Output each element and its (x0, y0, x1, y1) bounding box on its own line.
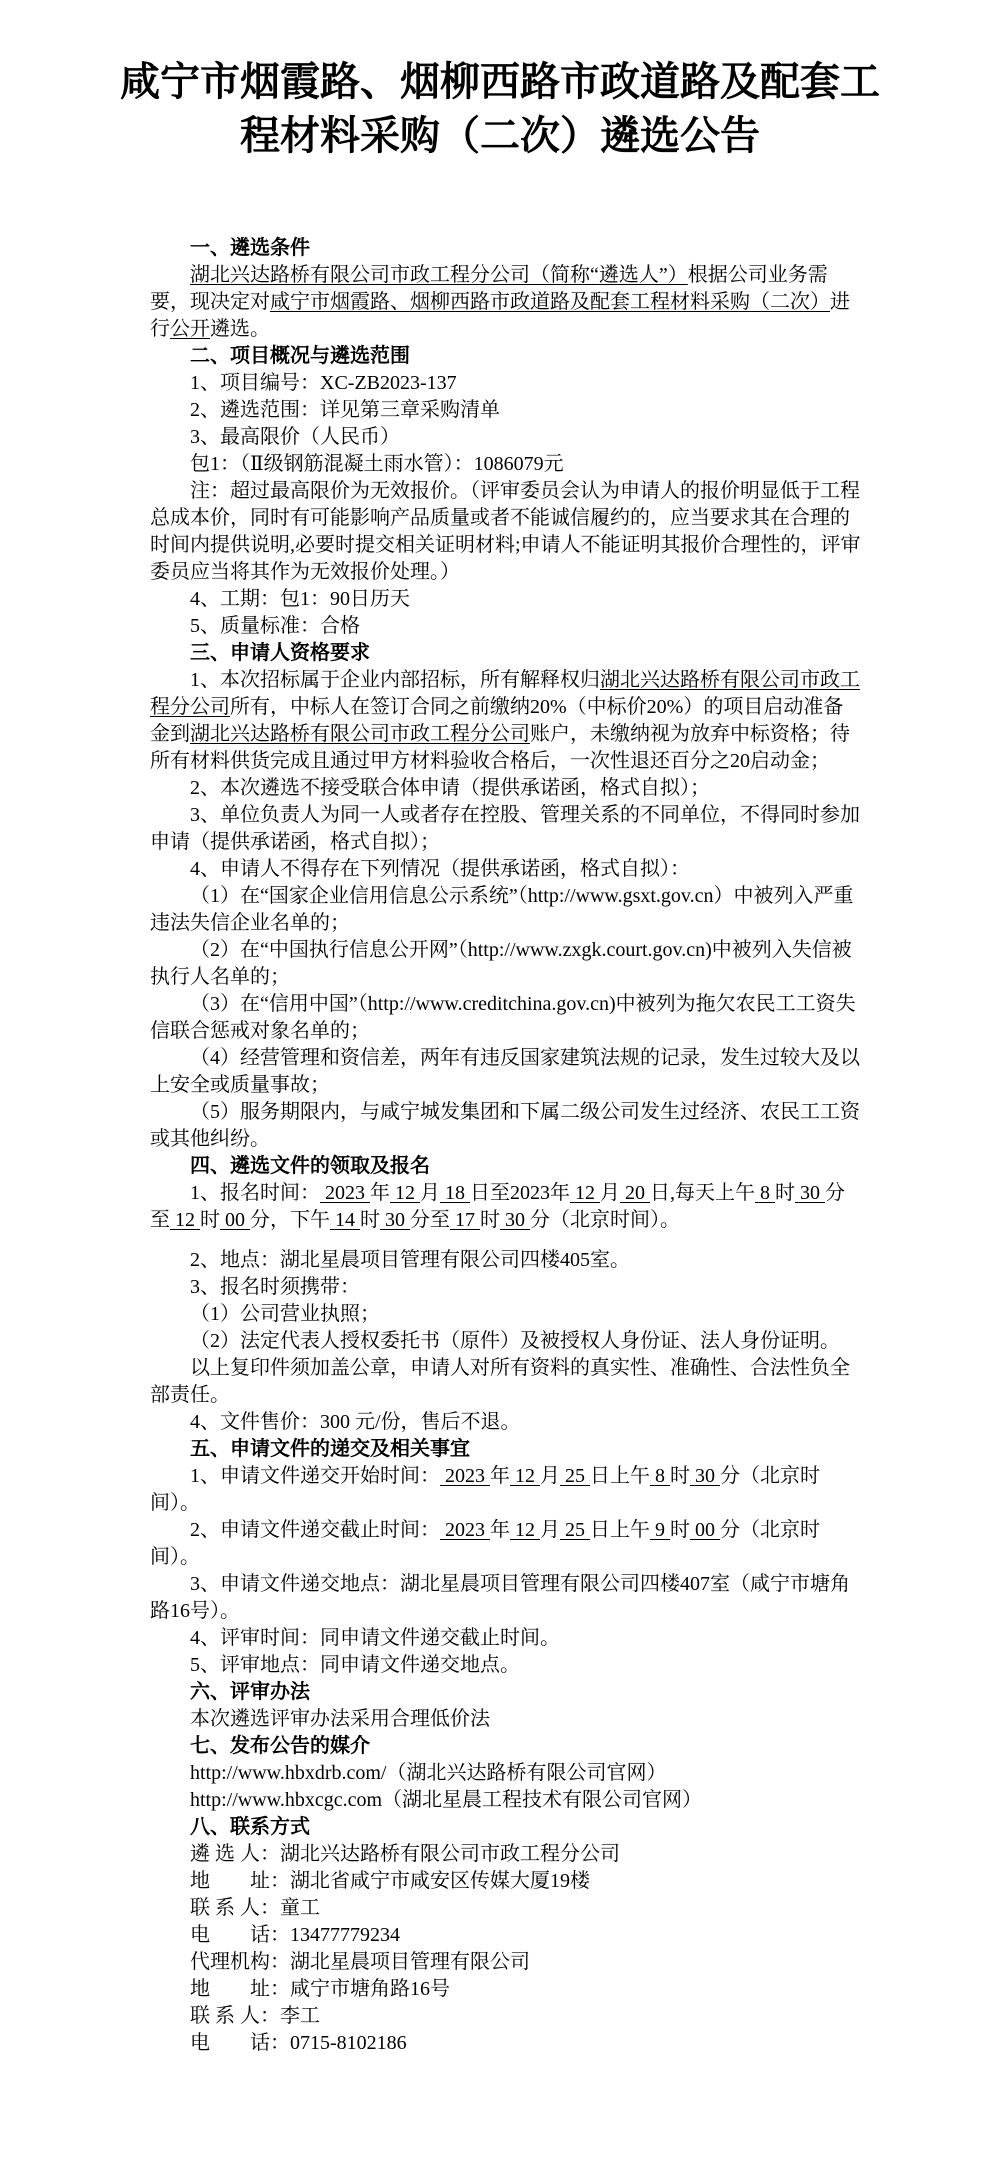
text-segment: （1）公司营业执照； (190, 1303, 380, 1325)
text-segment: 遴 选 人：湖北兴达路桥有限公司市政工程分公司 (190, 1843, 620, 1865)
underlined-text: 2023 (440, 1519, 490, 1541)
section-heading: 六、评审办法 (150, 1679, 862, 1706)
text-segment: 联 系 人：童工 (190, 1897, 320, 1919)
paragraph: 地 址：湖北省咸宁市咸安区传媒大厦19楼 (150, 1868, 862, 1895)
text-segment: 年 (370, 1182, 390, 1204)
text-segment: 5、质量标准：合格 (190, 615, 360, 637)
underlined-text: 9 (650, 1519, 670, 1541)
underlined-text: 30 (795, 1182, 825, 1204)
underlined-text: 30 (690, 1465, 720, 1487)
section-heading: 八、联系方式 (150, 1814, 862, 1841)
text-segment: 日上午 (590, 1519, 650, 1541)
paragraph: 4、申请人不得存在下列情况（提供承诺函，格式自拟）： (150, 856, 862, 883)
text-segment: 1、申请文件递交开始时间： (190, 1465, 440, 1487)
text-segment: 月 (600, 1182, 620, 1204)
underlined-text: 20 (620, 1182, 650, 1204)
underlined-text: 00 (690, 1519, 720, 1541)
text-segment: 4、工期：包1：90日历天 (190, 588, 410, 610)
underlined-text: 2023 (440, 1465, 490, 1487)
paragraph: 2、地点：湖北星晨项目管理有限公司四楼405室。 (150, 1247, 862, 1274)
text-segment: 时 (200, 1209, 220, 1231)
underlined-text: 12 (170, 1209, 200, 1231)
text-segment: 年 (490, 1519, 510, 1541)
text-segment: 4、文件售价：300 元/份，售后不退。 (190, 1411, 521, 1433)
paragraph: 1、项目编号：XC-ZB2023-137 (150, 370, 862, 397)
text-segment: 联 系 人：李工 (190, 2005, 320, 2027)
document-title: 咸宁市烟霞路、烟柳西路市政道路及配套工程材料采购（二次）遴选公告 (104, 55, 896, 163)
text-segment: http://www.hbxcgc.com（湖北星晨工程技术有限公司官网） (190, 1789, 702, 1811)
underlined-text: 12 (390, 1182, 420, 1204)
paragraph: （1）在“国家企业信用信息公示系统”（http://www.gsxt.gov.c… (150, 883, 862, 937)
underlined-text: 17 (450, 1209, 480, 1231)
paragraph: 2、本次遴选不接受联合体申请（提供承诺函，格式自拟）； (150, 775, 862, 802)
text-segment: 月 (540, 1519, 560, 1541)
text-segment: 遴选。 (210, 318, 270, 340)
text-segment: （2）法定代表人授权委托书（原件）及被授权人身份证、法人身份证明。 (190, 1330, 840, 1352)
text-segment: 日,每天上午 (650, 1182, 755, 1204)
text-segment: （1）在“国家企业信用信息公示系统”（http://www.gsxt.gov.c… (150, 885, 854, 934)
text-segment: 代理机构：湖北星晨项目管理有限公司 (190, 1951, 530, 1973)
section-heading: 三、申请人资格要求 (150, 640, 862, 667)
document-body: 一、遴选条件湖北兴达路桥有限公司市政工程分公司（简称“遴选人”）根据公司业务需要… (150, 235, 862, 2057)
paragraph: 4、工期：包1：90日历天 (150, 586, 862, 613)
paragraph: 5、评审地点：同申请文件递交地点。 (150, 1652, 862, 1679)
text-segment: 时 (360, 1209, 380, 1231)
text-segment: 4、申请人不得存在下列情况（提供承诺函，格式自拟）： (190, 858, 690, 880)
paragraph: 3、单位负责人为同一人或者存在控股、管理关系的不同单位，不得同时参加申请（提供承… (150, 802, 862, 856)
document-page: 咸宁市烟霞路、烟柳西路市政道路及配套工程材料采购（二次）遴选公告 一、遴选条件湖… (0, 0, 1000, 2178)
paragraph: 5、质量标准：合格 (150, 613, 862, 640)
underlined-text: 14 (330, 1209, 360, 1231)
paragraph: 注：超过最高限价为无效报价。（评审委员会认为申请人的报价明显低于工程总成本价，同… (150, 478, 862, 586)
text-segment: 5、评审地点：同申请文件递交地点。 (190, 1654, 520, 1676)
paragraph: 4、评审时间：同申请文件递交截止时间。 (150, 1625, 862, 1652)
paragraph: 本次遴选评审办法采用合理低价法 (150, 1706, 862, 1733)
paragraph: （3）在“信用中国”（http://www.creditchina.gov.cn… (150, 991, 862, 1045)
text-segment: 时 (670, 1465, 690, 1487)
text-segment: 日至2023年 (470, 1182, 570, 1204)
text-segment: （2）在“中国执行信息公开网”（http://www.zxgk.court.go… (150, 939, 852, 988)
text-segment: 电 话：0715-8102186 (190, 2032, 407, 2054)
text-segment: 月 (420, 1182, 440, 1204)
underlined-text: 8 (650, 1465, 670, 1487)
paragraph: 2、遴选范围：详见第三章采购清单 (150, 397, 862, 424)
section-heading: 二、项目概况与遴选范围 (150, 343, 862, 370)
paragraph: 1、申请文件递交开始时间： 2023 年 12 月 25 日上午 8 时 30 … (150, 1463, 862, 1517)
text-segment: 包1：（Ⅱ级钢筋混凝土雨水管）：1086079元 (190, 453, 564, 475)
text-segment: 2、申请文件递交截止时间： (190, 1519, 440, 1541)
text-segment: 地 址：咸宁市塘角路16号 (190, 1978, 450, 2000)
text-segment: 时 (775, 1182, 795, 1204)
underlined-text: 公开 (170, 318, 210, 340)
text-segment: 1、项目编号：XC-ZB2023-137 (190, 372, 457, 394)
underlined-text: 12 (510, 1519, 540, 1541)
text-segment: 2、遴选范围：详见第三章采购清单 (190, 399, 500, 421)
paragraph: （2）在“中国执行信息公开网”（http://www.zxgk.court.go… (150, 937, 862, 991)
paragraph: 1、报名时间： 2023 年 12 月 18 日至2023年 12 月 20 日… (150, 1180, 862, 1234)
text-segment: 注：超过最高限价为无效报价。（评审委员会认为申请人的报价明显低于工程总成本价，同… (150, 480, 861, 583)
text-segment: 分至 (410, 1209, 450, 1231)
paragraph: http://www.hbxdrb.com/（湖北兴达路桥有限公司官网） (150, 1760, 862, 1787)
paragraph: 联 系 人：童工 (150, 1895, 862, 1922)
paragraph: 以上复印件须加盖公章，申请人对所有资料的真实性、准确性、合法性负全部责任。 (150, 1355, 862, 1409)
text-segment: http://www.hbxdrb.com/（湖北兴达路桥有限公司官网） (190, 1762, 666, 1784)
text-segment: 1、报名时间： (190, 1182, 320, 1204)
paragraph: 地 址：咸宁市塘角路16号 (150, 1976, 862, 2003)
text-segment: 4、评审时间：同申请文件递交截止时间。 (190, 1627, 560, 1649)
text-segment: 年 (490, 1465, 510, 1487)
paragraph: 包1：（Ⅱ级钢筋混凝土雨水管）：1086079元 (150, 451, 862, 478)
text-segment: 电 话：13477779234 (190, 1924, 400, 1946)
text-segment: 2、本次遴选不接受联合体申请（提供承诺函，格式自拟）； (190, 777, 710, 799)
text-segment: 以上复印件须加盖公章，申请人对所有资料的真实性、准确性、合法性负全部责任。 (150, 1357, 850, 1406)
paragraph: 电 话：0715-8102186 (150, 2030, 862, 2057)
text-segment: 3、申请文件递交地点：湖北星晨项目管理有限公司四楼407室（咸宁市塘角路16号）… (150, 1573, 850, 1622)
paragraph: 电 话：13477779234 (150, 1922, 862, 1949)
text-segment: 1、本次招标属于企业内部招标，所有解释权归 (190, 669, 600, 691)
underlined-text: 2023 (320, 1182, 370, 1204)
section-heading: 一、遴选条件 (150, 235, 862, 262)
section-heading: 五、申请文件的递交及相关事宜 (150, 1436, 862, 1463)
paragraph: 3、申请文件递交地点：湖北星晨项目管理有限公司四楼407室（咸宁市塘角路16号）… (150, 1571, 862, 1625)
paragraph: （1）公司营业执照； (150, 1301, 862, 1328)
underlined-text: 12 (510, 1465, 540, 1487)
text-segment: 时 (480, 1209, 500, 1231)
text-segment: 本次遴选评审办法采用合理低价法 (190, 1708, 490, 1730)
paragraph: （4）经营管理和资信差，两年有违反国家建筑法规的记录，发生过较大及以上安全或质量… (150, 1045, 862, 1099)
text-segment: 地 址：湖北省咸宁市咸安区传媒大厦19楼 (190, 1870, 590, 1892)
paragraph: （5）服务期限内，与咸宁城发集团和下属二级公司发生过经济、农民工工资或其他纠纷。 (150, 1099, 862, 1153)
underlined-text: 25 (560, 1519, 590, 1541)
underlined-text: 25 (560, 1465, 590, 1487)
text-segment: 3、最高限价（人民币） (190, 426, 400, 448)
underlined-text: 湖北兴达路桥有限公司市政工程分公司（简称“遴选人”） (190, 264, 688, 286)
paragraph: 代理机构：湖北星晨项目管理有限公司 (150, 1949, 862, 1976)
paragraph: 1、本次招标属于企业内部招标，所有解释权归湖北兴达路桥有限公司市政工程分公司所有… (150, 667, 862, 775)
paragraph: 4、文件售价：300 元/份，售后不退。 (150, 1409, 862, 1436)
text-segment: 分（北京时间）。 (530, 1209, 680, 1231)
section-heading: 四、遴选文件的领取及报名 (150, 1153, 862, 1180)
text-segment: 月 (540, 1465, 560, 1487)
section-heading: 七、发布公告的媒介 (150, 1733, 862, 1760)
paragraph: 3、最高限价（人民币） (150, 424, 862, 451)
underlined-text: 湖北兴达路桥有限公司市政工程分公司 (190, 723, 530, 745)
paragraph: http://www.hbxcgc.com（湖北星晨工程技术有限公司官网） (150, 1787, 862, 1814)
underlined-text: 8 (755, 1182, 775, 1204)
text-segment: 时 (670, 1519, 690, 1541)
underlined-text: 12 (570, 1182, 600, 1204)
underlined-text: 咸宁市烟霞路、烟柳西路市政道路及配套工程材料采购（二次） (270, 291, 830, 313)
paragraph: （2）法定代表人授权委托书（原件）及被授权人身份证、法人身份证明。 (150, 1328, 862, 1355)
text-segment: 日上午 (590, 1465, 650, 1487)
text-segment: （4）经营管理和资信差，两年有违反国家建筑法规的记录，发生过较大及以上安全或质量… (150, 1047, 860, 1096)
underlined-text: 30 (500, 1209, 530, 1231)
text-segment: 2、地点：湖北星晨项目管理有限公司四楼405室。 (190, 1249, 630, 1271)
text-segment: 3、单位负责人为同一人或者存在控股、管理关系的不同单位，不得同时参加申请（提供承… (150, 804, 860, 853)
underlined-text: 00 (220, 1209, 250, 1231)
text-segment: （5）服务期限内，与咸宁城发集团和下属二级公司发生过经济、农民工工资或其他纠纷。 (150, 1101, 860, 1150)
paragraph: 3、报名时须携带： (150, 1274, 862, 1301)
underlined-text: 30 (380, 1209, 410, 1231)
paragraph: 联 系 人：李工 (150, 2003, 862, 2030)
paragraph: 2、申请文件递交截止时间： 2023 年 12 月 25 日上午 9 时 00 … (150, 1517, 862, 1571)
text-segment: 分，下午 (250, 1209, 330, 1231)
text-segment: （3）在“信用中国”（http://www.creditchina.gov.cn… (150, 993, 856, 1042)
paragraph: 遴 选 人：湖北兴达路桥有限公司市政工程分公司 (150, 1841, 862, 1868)
underlined-text: 18 (440, 1182, 470, 1204)
text-segment: 3、报名时须携带： (190, 1276, 360, 1298)
paragraph: 湖北兴达路桥有限公司市政工程分公司（简称“遴选人”）根据公司业务需要，现决定对咸… (150, 262, 862, 343)
